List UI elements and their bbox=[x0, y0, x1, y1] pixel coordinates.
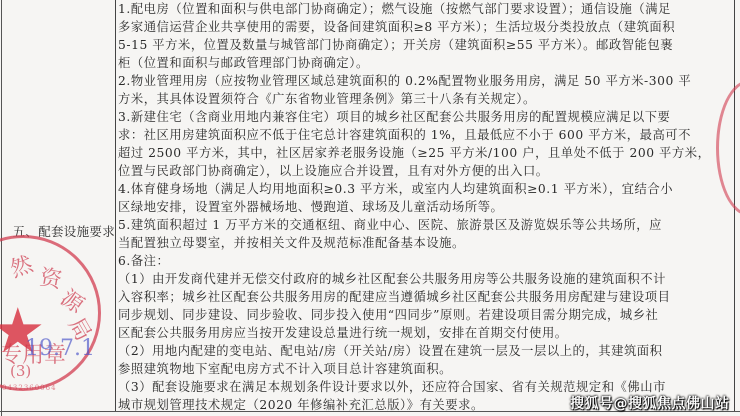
text-line: 方米，其具体设置须符合《广东省物业管理条例》第三十八条有关规定）。 bbox=[118, 90, 734, 108]
text-line: 3.新建住宅（含商业用地内兼容住宅）项目的城乡社区配套公共服务用房的配置规模应满… bbox=[118, 108, 734, 126]
seal-handwritten-date: 19.7.1 bbox=[25, 336, 95, 361]
seal-serial: 0432360064 bbox=[2, 384, 57, 392]
seal-arc-char: 然 bbox=[5, 247, 36, 284]
text-line: 位置与民政部门协商确定），以上设施应合并设置，且有对外方便的出入口。 bbox=[118, 162, 734, 180]
text-line: 区配套公共服务用房应当按开发建设总量进行统一规划，安排在首期交付使用。 bbox=[118, 324, 734, 342]
text-line: 超过 2500 平方米，其中，社区居家养老服务设施（≥25 平方米/100 户，… bbox=[118, 144, 734, 162]
text-line: 多家通信运营企业共享使用的需要，设备间建筑面积≥8 平方米）；生活垃圾分类投放点… bbox=[118, 18, 734, 36]
text-line: 2.物业管理用房（应按物业管理区域总建筑面积的 0.2%配置物业服务用房，满足 … bbox=[118, 72, 734, 90]
text-line: （1）由开发商代建并无偿交付政府的城乡社区配套公共服务用房等公共服务设施的建筑面… bbox=[118, 270, 734, 288]
document-page: 五、配套设施要求 1.配电房（位置和面积与供电部门协商确定）；燃气设施（按燃气部… bbox=[0, 0, 740, 416]
text-line: 6.备注： bbox=[118, 252, 734, 270]
table-column-divider bbox=[115, 0, 116, 412]
text-line: 参照建筑物地下室配电房方式不计入项目总计容建筑面积。 bbox=[118, 360, 734, 378]
text-line: 1.配电房（位置和面积与供电部门协商确定）；燃气设施（按燃气部门要求设置）；通信… bbox=[118, 0, 734, 18]
table-right-border bbox=[734, 0, 735, 412]
text-line: 当配置独立母婴室，并按相关文件及规范标准配备基本设施。 bbox=[118, 234, 734, 252]
text-line: 5-15 平方米，位置及数量与城管部门协商确定）；开关房（建筑面积≥55 平方米… bbox=[118, 36, 734, 54]
text-line: 区绿地安排，设置室外器械场地、慢跑道、球场及儿童活动场所等。 bbox=[118, 198, 734, 216]
row-label: 五、配套设施要求 bbox=[0, 222, 115, 240]
text-line: 4.体育健身场地（满足人均用地面积≥0.3 平方米，或室内人均建筑面积≥0.1 … bbox=[118, 180, 734, 198]
text-line: 同步规划、同步建设、同步验收、同步投入使用“四同步”原则。若建设项目需分期完成，… bbox=[118, 306, 734, 324]
requirements-content: 1.配电房（位置和面积与供电部门协商确定）；燃气设施（按燃气部门要求设置）；通信… bbox=[118, 0, 734, 414]
seal-arc-char: 资 bbox=[37, 260, 64, 294]
text-line: （2）用地内配建的变电站、配电站/房（开关站/房）设置在建筑一层及一层以上的，其… bbox=[118, 342, 734, 360]
seal-number: (3) bbox=[10, 362, 31, 380]
text-line: 5.建筑面积超过 1 万平方米的交通枢纽、商业中心、医院、旅游景区及游览娱乐等公… bbox=[118, 216, 734, 234]
text-line: 入容积率；城乡社区配套公共服务用房的配建应当遵循城乡社区配套公共服务用房配建与建… bbox=[118, 288, 734, 306]
text-line: 柜（位置和面积与邮政管理部门协商确定）。 bbox=[118, 54, 734, 72]
watermark: 搜狐号@搜狐焦点佛山站 bbox=[570, 393, 730, 413]
text-line: 求：社区用房建筑面积应不低于住宅总计容建筑面积的 1%，且最低应不小于 600 … bbox=[118, 126, 734, 144]
